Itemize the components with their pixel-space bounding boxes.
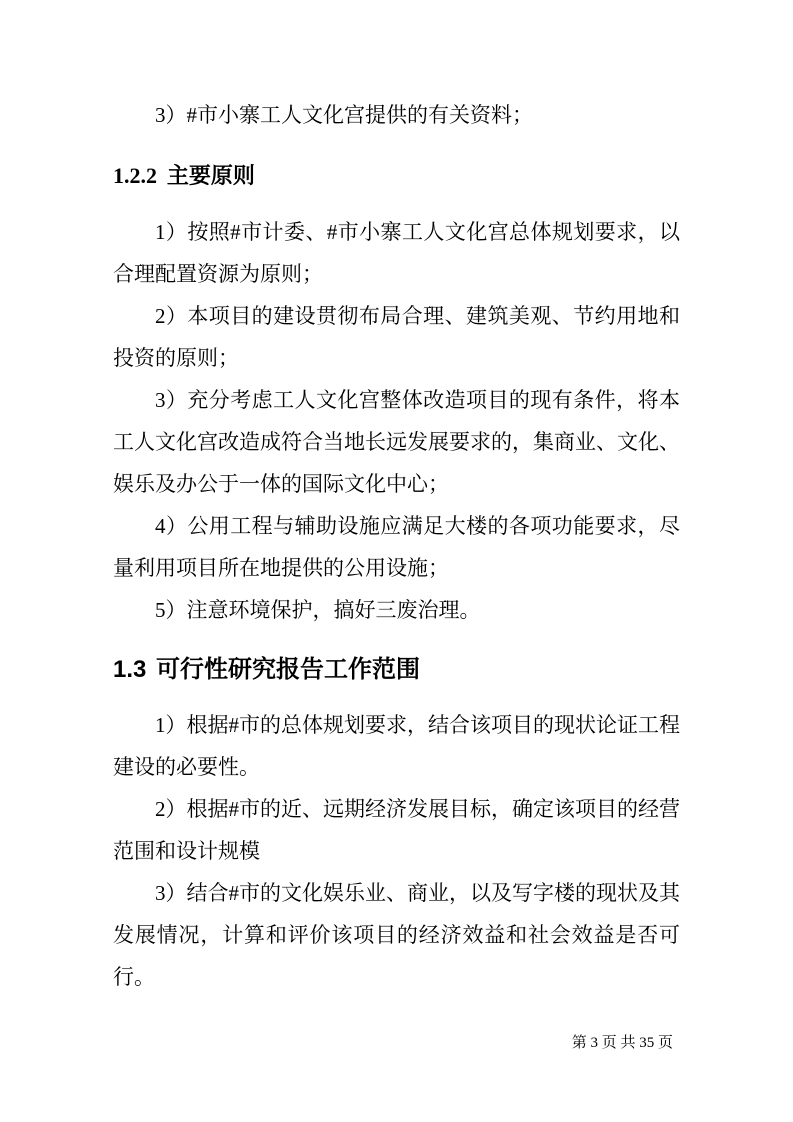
scope-item-2: 2）根据#市的近、远期经济发展目标，确定该项目的经营范围和设计规模 — [113, 788, 680, 872]
section-title: 可行性研究报告工作范围 — [156, 656, 420, 683]
document-page: 3）#市小寨工人文化宫提供的有关资料； 1.2.2主要原则 1）按照#市计委、#… — [0, 0, 793, 1122]
scope-item-3: 3）结合#市的文化娱乐业、商业，以及写字楼的现状及其发展情况，计算和评价该项目的… — [113, 872, 680, 998]
principle-item-4: 4）公用工程与辅助设施应满足大楼的各项功能要求，尽量利用项目所在地提供的公用设施… — [113, 505, 680, 589]
section-number: 1.2.2 — [113, 163, 157, 188]
section-number: 1.3 — [113, 656, 146, 683]
principle-item-5: 5）注意环境保护，搞好三废治理。 — [113, 589, 680, 631]
section-title: 主要原则 — [167, 163, 255, 188]
principle-item-3: 3）充分考虑工人文化宫整体改造项目的现有条件，将本工人文化宫改造成符合当地长远发… — [113, 379, 680, 505]
principle-item-2: 2）本项目的建设贯彻布局合理、建筑美观、节约用地和投资的原则； — [113, 295, 680, 379]
list-item-source-materials: 3）#市小寨工人文化宫提供的有关资料； — [113, 94, 680, 136]
page-number-indicator: 第 3 页 共 35 页 — [572, 1035, 673, 1051]
section-heading-1-3: 1.3可行性研究报告工作范围 — [113, 647, 680, 693]
section-heading-1-2-2: 1.2.2主要原则 — [113, 154, 680, 198]
page-footer: 第 3 页 共 35 页 — [572, 1033, 673, 1053]
scope-item-1: 1）根据#市的总体规划要求，结合该项目的现状论证工程建设的必要性。 — [113, 704, 680, 788]
principle-item-1: 1）按照#市计委、#市小寨工人文化宫总体规划要求，以合理配置资源为原则； — [113, 211, 680, 295]
